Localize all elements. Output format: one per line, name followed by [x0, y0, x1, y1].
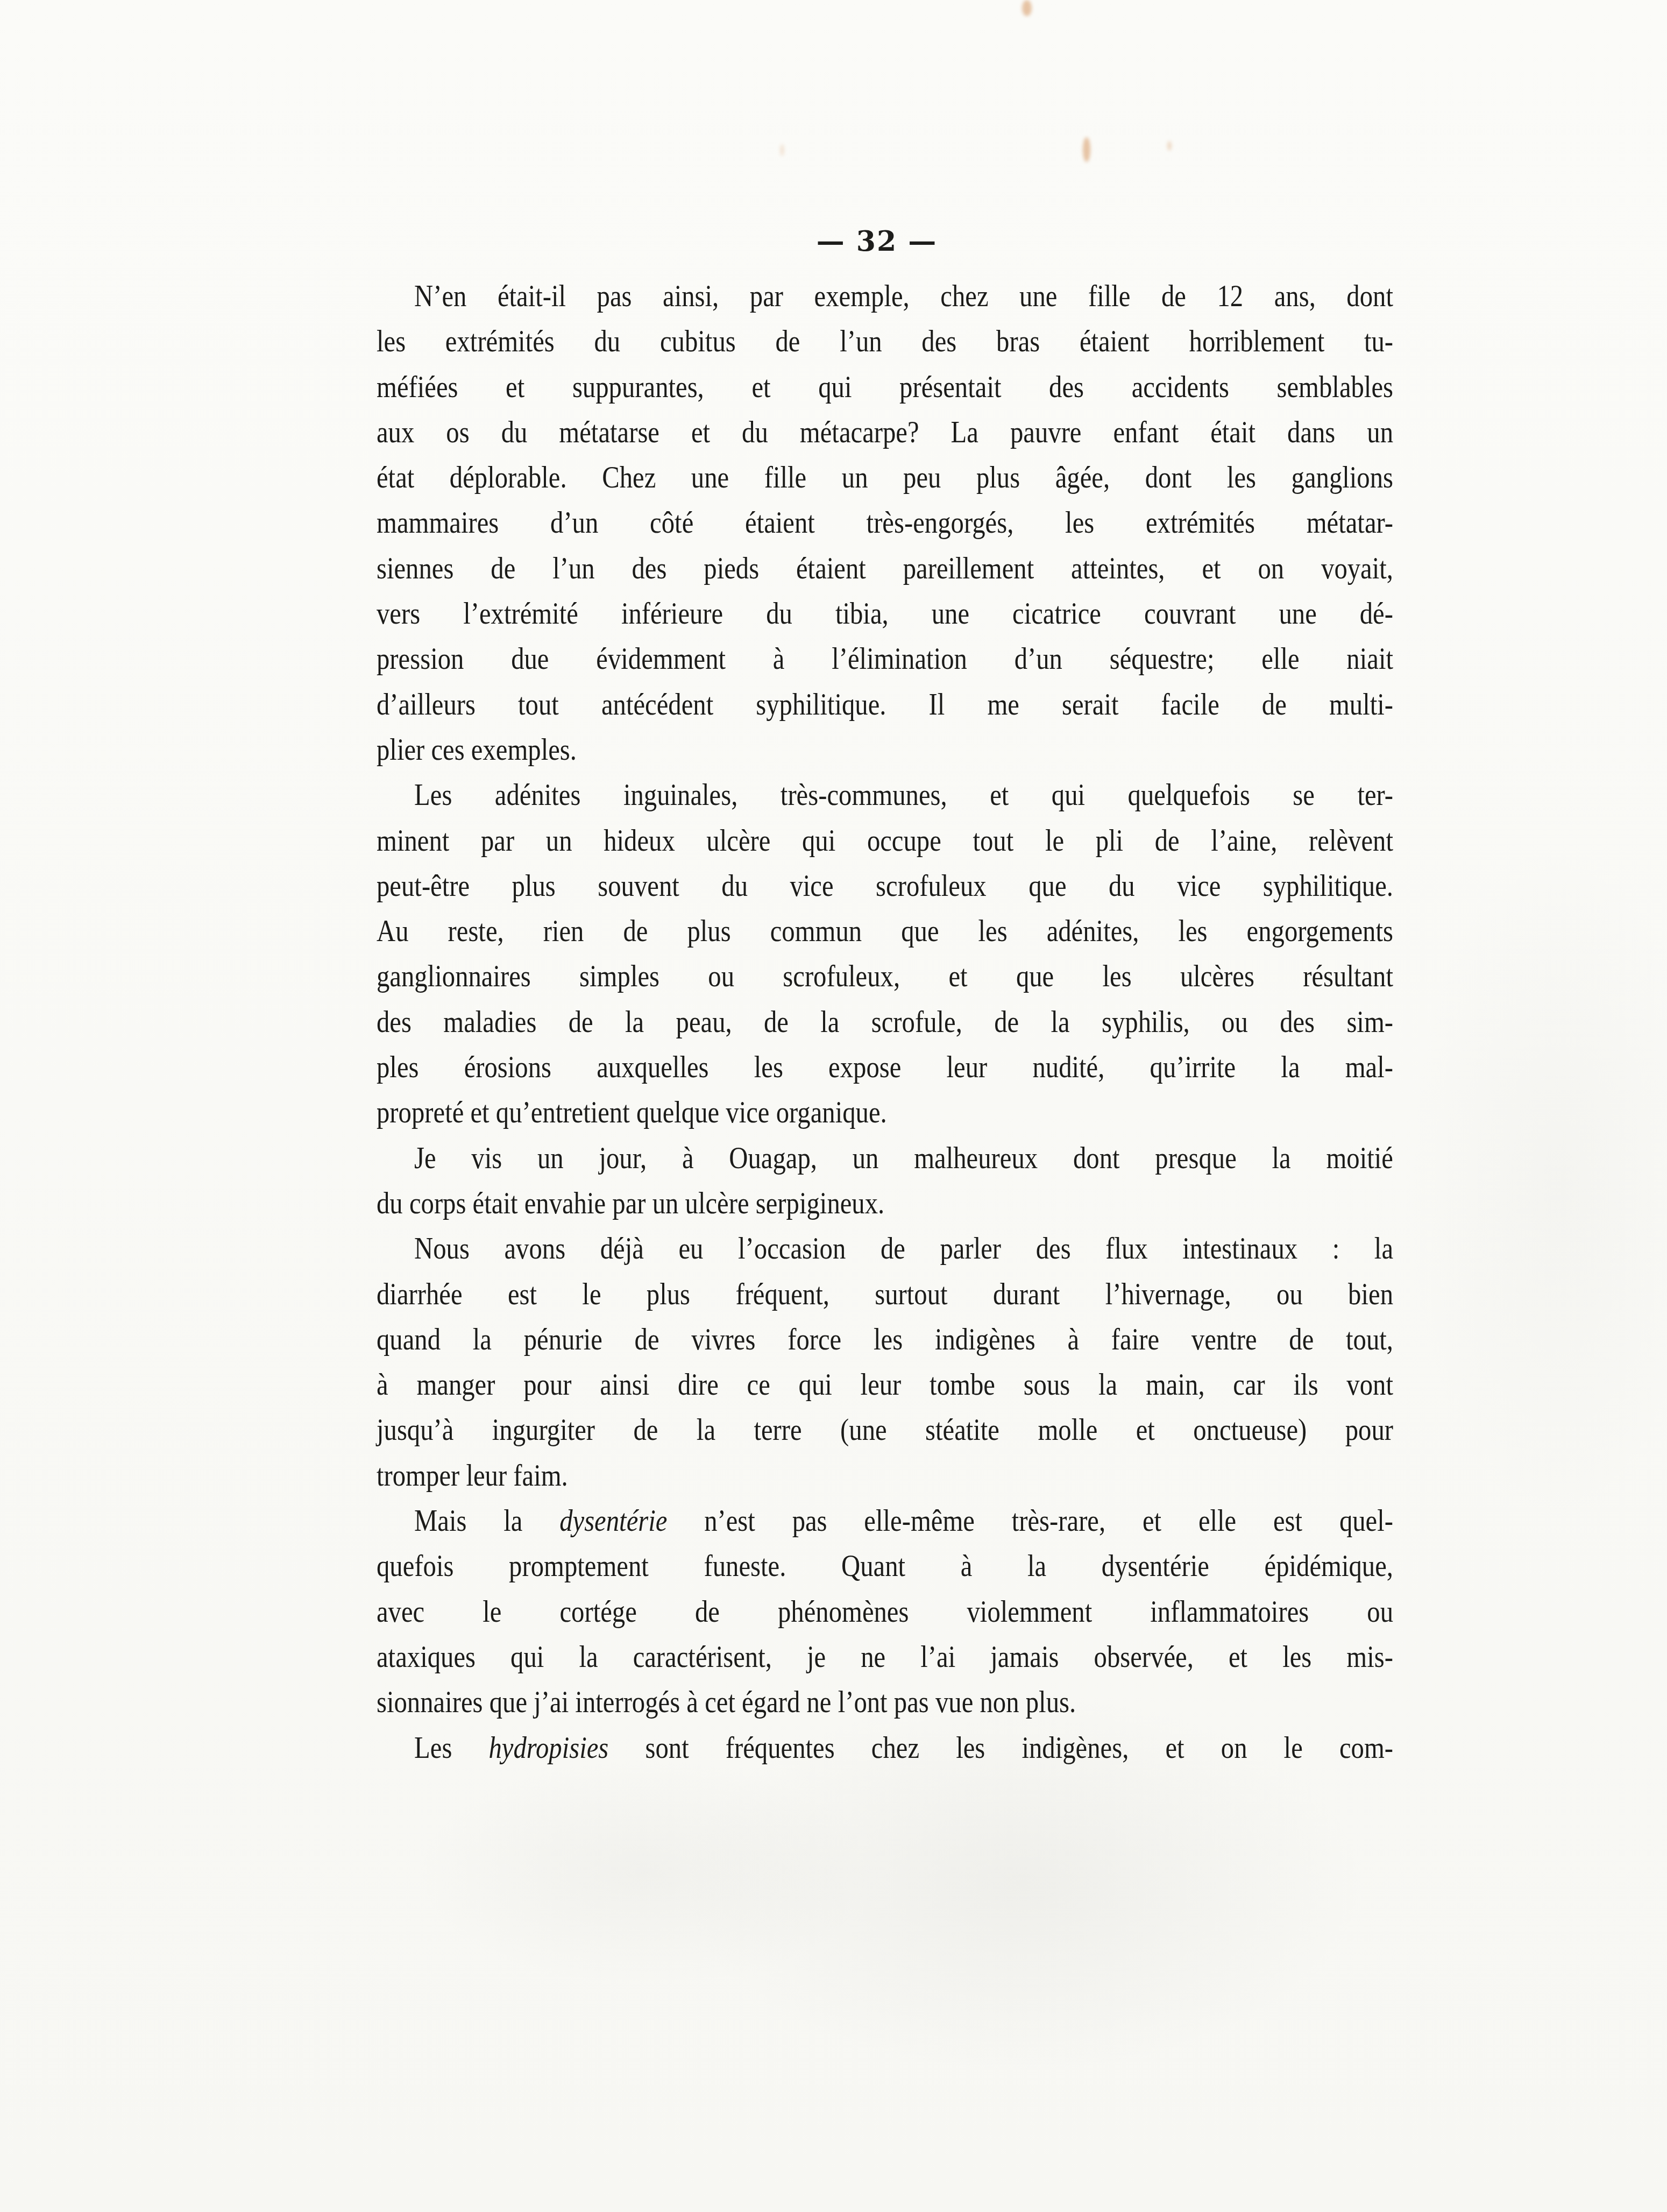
paragraph: Les hydropisies sont fréquentes chez les…	[377, 1725, 1393, 1770]
text-line: Les adénites inguinales, très-communes, …	[377, 772, 1393, 817]
text-line: quefois promptement funeste. Quant à la …	[377, 1543, 1393, 1588]
text-line: du corps était envahie par un ulcère ser…	[377, 1181, 1393, 1226]
text-line: Mais la dysentérie n’est pas elle-même t…	[377, 1498, 1393, 1543]
text-line: méfiées et suppurantes, et qui présentai…	[377, 364, 1393, 409]
text-line: ples érosions auxquelles les expose leur…	[377, 1044, 1393, 1090]
paragraph: Nous avons déjà eu l’occasion de parler …	[377, 1226, 1393, 1498]
text-line: les extrémités du cubitus de l’un des br…	[377, 319, 1393, 364]
text-line: ganglionnaires simples ou scrofuleux, et…	[377, 953, 1393, 999]
text-line: tromper leur faim.	[377, 1453, 1393, 1498]
text-line: diarrhée est le plus fréquent, surtout d…	[377, 1271, 1393, 1317]
foxing-stain	[780, 144, 784, 156]
italic-term: hydropisies	[488, 1730, 608, 1765]
paragraph: Les adénites inguinales, très-communes, …	[377, 772, 1393, 1135]
text-line: Nous avons déjà eu l’occasion de parler …	[377, 1226, 1393, 1271]
text-line: quand la pénurie de vivres force les ind…	[377, 1317, 1393, 1362]
text-line: Les hydropisies sont fréquentes chez les…	[377, 1725, 1393, 1770]
text-line: à manger pour ainsi dire ce qui leur tom…	[377, 1362, 1393, 1407]
text-line: plier ces exemples.	[377, 727, 1393, 772]
text-line: Au reste, rien de plus commun que les ad…	[377, 908, 1393, 953]
foxing-stain	[1167, 141, 1172, 151]
paragraph: Je vis un jour, à Ouagap, un malheureux …	[377, 1135, 1393, 1226]
text-line: jusqu’à ingurgiter de la terre (une stéa…	[377, 1407, 1393, 1452]
text-line: pression due évidemment à l’élimination …	[377, 636, 1393, 681]
italic-term: dysentérie	[559, 1503, 667, 1538]
text-line: minent par un hideux ulcère qui occupe t…	[377, 818, 1393, 863]
text-line: Je vis un jour, à Ouagap, un malheureux …	[377, 1135, 1393, 1181]
paragraph: Mais la dysentérie n’est pas elle-même t…	[377, 1498, 1393, 1725]
body-text: N’en était-il pas ainsi, par exemple, ch…	[377, 273, 1393, 1770]
text-line: des maladies de la peau, de la scrofule,…	[377, 999, 1393, 1044]
text-line: avec le cortége de phénomènes violemment…	[377, 1589, 1393, 1634]
foxing-stain	[1022, 0, 1032, 16]
text-line: N’en était-il pas ainsi, par exemple, ch…	[377, 273, 1393, 319]
text-line: d’ailleurs tout antécédent syphilitique.…	[377, 682, 1393, 727]
page-number: — 32 —	[0, 225, 1667, 258]
text-line: vers l’extrémité inférieure du tibia, un…	[377, 591, 1393, 636]
text-line: peut-être plus souvent du vice scrofuleu…	[377, 863, 1393, 908]
text-line: aux os du métatarse et du métacarpe? La …	[377, 409, 1393, 455]
text-line: ataxiques qui la caractérisent, je ne l’…	[377, 1634, 1393, 1679]
text-line: sionnaires que j’ai interrogés à cet éga…	[377, 1679, 1393, 1725]
text-line: mammaires d’un côté étaient très-engorgé…	[377, 500, 1393, 545]
foxing-stain	[1083, 137, 1090, 162]
paragraph: N’en était-il pas ainsi, par exemple, ch…	[377, 273, 1393, 772]
text-line: siennes de l’un des pieds étaient pareil…	[377, 546, 1393, 591]
text-line: propreté et qu’entretient quelque vice o…	[377, 1090, 1393, 1135]
text-line: état déplorable. Chez une fille un peu p…	[377, 455, 1393, 500]
